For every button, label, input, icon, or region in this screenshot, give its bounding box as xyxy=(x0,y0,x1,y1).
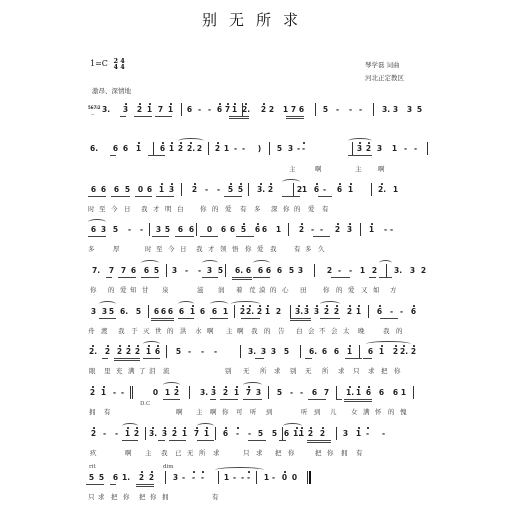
lyric-char: 我 xyxy=(196,244,203,253)
slur-tie xyxy=(143,341,160,347)
underline-beam xyxy=(290,318,311,319)
barline xyxy=(181,103,182,116)
note: 5 xyxy=(175,348,182,356)
note: 5 xyxy=(283,348,290,356)
note: 5 xyxy=(276,389,283,397)
note: 7 xyxy=(224,106,231,114)
slur-tie xyxy=(99,301,116,307)
note: 1 xyxy=(298,430,305,438)
lyric-char: 求 xyxy=(338,366,345,375)
underline-beam xyxy=(106,277,112,278)
barline xyxy=(427,142,428,155)
note: 6 xyxy=(321,348,328,356)
underline-beam xyxy=(307,440,331,441)
underline-beam xyxy=(290,320,311,321)
note: - xyxy=(190,474,197,482)
note: 3 xyxy=(155,226,162,234)
lyric-char: 到 xyxy=(314,407,321,416)
lyric-char: 可 xyxy=(236,407,243,416)
underline-beam xyxy=(229,118,249,119)
underline-beam xyxy=(255,358,264,359)
note: 5 xyxy=(322,106,329,114)
lyric-char: 的 xyxy=(270,285,277,294)
underline-beam xyxy=(345,358,362,359)
lyric-char: 拥 xyxy=(89,407,96,416)
barline xyxy=(225,264,226,277)
note: 2 xyxy=(133,430,140,438)
lyric-char: 所 xyxy=(260,366,267,375)
lyric-char: 有 xyxy=(322,204,329,213)
lyric-char: 儿 xyxy=(330,407,337,416)
note: 7 xyxy=(290,106,297,114)
underline-beam xyxy=(114,360,140,361)
note: 2. xyxy=(242,106,249,114)
lyric-char: 知 xyxy=(130,285,137,294)
lyric-char: 的 xyxy=(212,204,219,213)
slur-tie xyxy=(320,301,340,307)
note: 5 xyxy=(153,267,160,275)
note: 2 xyxy=(214,145,221,153)
lyric-char: 滋 xyxy=(197,285,204,294)
underline-beam xyxy=(305,358,312,359)
note: 6 xyxy=(257,267,264,275)
lyric-char: 我 xyxy=(118,326,125,335)
lyric-char: 田 xyxy=(300,285,307,294)
note: 1 xyxy=(378,348,385,356)
lyric-char: 悟 xyxy=(232,244,239,253)
note: - xyxy=(119,389,126,397)
underline-beam xyxy=(175,236,194,237)
barline xyxy=(248,183,249,196)
note: 3 xyxy=(406,106,413,114)
underline-beam xyxy=(229,116,249,117)
lyric-char: 啊 xyxy=(207,326,214,335)
lyric-char: 流 xyxy=(163,366,170,375)
note: 7 xyxy=(120,267,127,275)
note: 6 xyxy=(298,106,305,114)
note: 6 xyxy=(146,186,153,194)
note: 3. xyxy=(248,348,255,356)
note: 2 xyxy=(125,348,132,356)
lyric-char: 泪 xyxy=(149,366,156,375)
note: - xyxy=(199,474,206,482)
note: 2 xyxy=(326,267,333,275)
note: 3 xyxy=(287,145,294,153)
note: 0 xyxy=(152,389,159,397)
underline-beam xyxy=(110,484,116,485)
note: 6. xyxy=(309,348,316,356)
slur-tie xyxy=(210,301,228,307)
note: 1 xyxy=(100,389,107,397)
lyric-char: 至 xyxy=(99,204,106,213)
underline-beam xyxy=(122,440,138,441)
note: 6 xyxy=(178,308,185,316)
barline xyxy=(189,386,190,399)
lyric-char: 你 xyxy=(283,204,290,213)
note: 7 xyxy=(193,430,200,438)
note: 1 xyxy=(355,389,362,397)
note: 2 xyxy=(346,308,353,316)
note: - xyxy=(300,145,307,153)
note: - xyxy=(245,474,252,482)
lyric-char: 你 xyxy=(123,492,130,501)
note: 6 xyxy=(376,308,383,316)
underline-beam xyxy=(155,116,172,117)
lyric-char: 你 xyxy=(288,448,295,457)
note: 5 xyxy=(164,226,171,234)
note: 1 xyxy=(391,145,398,153)
lyric-char: 领 xyxy=(220,244,227,253)
lyric-char: 白 xyxy=(177,204,184,213)
note: - xyxy=(402,145,409,153)
underline-beam xyxy=(220,399,238,400)
note: 5 xyxy=(108,308,115,316)
lyric-char: 听 xyxy=(301,407,308,416)
slur-tie xyxy=(202,260,218,266)
note: 6 xyxy=(333,348,340,356)
note: 1. xyxy=(122,474,129,482)
slur-tie xyxy=(163,382,180,388)
lyric-char: 啊 xyxy=(315,164,322,173)
lyric-char: 才 xyxy=(208,244,215,253)
note: 5 xyxy=(276,145,283,153)
note: 2. xyxy=(378,186,385,194)
lyric-char: 求 xyxy=(256,448,263,457)
note: 1 xyxy=(189,308,196,316)
lyric-char: 无 xyxy=(305,366,312,375)
lyric-char: 把 xyxy=(111,492,118,501)
note: 6 xyxy=(159,145,166,153)
underline-beam xyxy=(279,440,286,441)
note: 3 xyxy=(172,474,179,482)
barline xyxy=(148,305,149,318)
note: 2 xyxy=(90,430,97,438)
note: 1 xyxy=(145,348,152,356)
underline-beam xyxy=(313,236,330,237)
note: 5 xyxy=(240,226,247,234)
note: 3. xyxy=(200,389,207,397)
underline-beam xyxy=(380,318,398,319)
lyric-char: 已 xyxy=(175,448,182,457)
note: 1 xyxy=(400,389,407,397)
note: 6 xyxy=(365,389,372,397)
note: - xyxy=(398,308,405,316)
note: 5 xyxy=(257,430,264,438)
note: 5 xyxy=(227,186,234,194)
barline xyxy=(290,305,291,318)
slur-tie xyxy=(197,423,214,429)
note: 2 xyxy=(222,389,229,397)
lyric-char: 才 xyxy=(153,204,160,213)
lyric-char: 你 xyxy=(327,448,334,457)
barline xyxy=(149,223,150,236)
note: - xyxy=(298,389,305,397)
note: 6 xyxy=(336,186,343,194)
note: - xyxy=(180,474,187,482)
barline xyxy=(373,103,374,116)
underline-beam xyxy=(118,277,136,278)
note: 3 xyxy=(255,389,262,397)
underline-beam xyxy=(336,399,342,400)
underline-beam xyxy=(134,116,152,117)
note: 5 xyxy=(124,186,131,194)
lyric-char: 久 xyxy=(318,244,325,253)
note: 6 xyxy=(378,389,385,397)
lyric-char: 今 xyxy=(111,204,118,213)
note: 2 xyxy=(371,267,378,275)
lyric-char: 主 xyxy=(196,407,203,416)
lyric-char: 求 xyxy=(98,492,105,501)
note: - xyxy=(113,430,120,438)
underline-beam xyxy=(318,196,332,197)
barline xyxy=(360,223,361,236)
underline-beam xyxy=(202,277,218,278)
lyric-char: 怀 xyxy=(375,407,382,416)
note: 2. xyxy=(89,348,96,356)
note: - xyxy=(196,267,203,275)
lyric-char: 求 xyxy=(368,366,375,375)
lyric-char: 拥 xyxy=(162,492,169,501)
lyric-char: 啊 xyxy=(378,164,385,173)
lyric-char: 愧 xyxy=(400,407,407,416)
lyric-char: 求 xyxy=(213,448,220,457)
note: 2. xyxy=(187,145,194,153)
lyric-char: 多 xyxy=(88,244,95,253)
lyric-char: 的 xyxy=(108,285,115,294)
note: 7 xyxy=(157,106,164,114)
note: 2 xyxy=(134,348,141,356)
note: 1 xyxy=(392,186,399,194)
lyric-char: 里 xyxy=(104,366,111,375)
lyric-char: 着 xyxy=(236,285,243,294)
underline-beam xyxy=(241,318,260,319)
note: 2 xyxy=(256,308,263,316)
lyric-char: 主 xyxy=(355,164,362,173)
note: 1 xyxy=(233,389,240,397)
note: 2 xyxy=(323,308,330,316)
barline xyxy=(269,142,270,155)
barline xyxy=(196,223,197,236)
note: 6 xyxy=(130,267,137,275)
note: 2 xyxy=(334,226,341,234)
note: 3 xyxy=(171,267,178,275)
underline-beam xyxy=(152,236,169,237)
lyric-char: 我 xyxy=(270,244,277,253)
barline xyxy=(359,345,360,358)
note: 2 xyxy=(191,186,198,194)
lyric-char: 你 xyxy=(394,366,401,375)
note: 1 xyxy=(347,186,354,194)
note: - xyxy=(347,267,354,275)
note: - xyxy=(412,145,419,153)
underline-beam xyxy=(156,196,174,197)
underline-beam xyxy=(136,484,154,485)
lyric-char: 拥 xyxy=(341,448,348,457)
lyric-char: 满 xyxy=(128,366,135,375)
note: - xyxy=(388,226,395,234)
note: - xyxy=(334,106,341,114)
lyric-char: 我 xyxy=(251,326,258,335)
lyric-char: 日 xyxy=(180,244,187,253)
lyric-char: 泉 xyxy=(162,285,169,294)
note: 6 xyxy=(311,389,318,397)
barline xyxy=(181,183,182,196)
note: 3. xyxy=(257,186,264,194)
note: 3 xyxy=(392,106,399,114)
barline xyxy=(413,386,414,399)
lyric-char: 爱 xyxy=(308,204,315,213)
note: 6. xyxy=(120,308,127,316)
note: 3 xyxy=(313,308,320,316)
note: 7 xyxy=(245,389,252,397)
note: 2 xyxy=(420,267,427,275)
underline-beam xyxy=(369,277,376,278)
note: 3 xyxy=(270,348,277,356)
barline xyxy=(145,427,146,440)
lyric-char: 不 xyxy=(319,326,326,335)
note: - xyxy=(364,430,371,438)
grace-tail: ~ xyxy=(91,112,94,117)
lyric-char: 又 xyxy=(361,285,368,294)
slur-tie xyxy=(231,301,260,307)
underline-beam xyxy=(348,155,372,156)
note: 2 xyxy=(148,474,155,482)
slur-tie xyxy=(178,138,204,144)
note: 5 xyxy=(237,186,244,194)
note: - xyxy=(138,226,145,234)
note: - xyxy=(309,226,316,234)
lyric-char: 疚 xyxy=(90,448,97,457)
dc-mark: D.C xyxy=(140,401,150,407)
underline-beam xyxy=(331,277,350,278)
underline-beam xyxy=(197,440,214,441)
note: 5 xyxy=(271,430,278,438)
lyric-char: 到 xyxy=(266,407,273,416)
note: 3 xyxy=(101,308,108,316)
underline-beam xyxy=(111,196,130,197)
slur-tie xyxy=(282,179,300,185)
underline-beam xyxy=(178,318,194,319)
lyric-char: 的 xyxy=(294,204,301,213)
note: 2 xyxy=(267,186,274,194)
underline-beam xyxy=(158,440,165,441)
note: 6 xyxy=(113,186,120,194)
lyric-char: 充 xyxy=(116,366,123,375)
note: - xyxy=(203,186,210,194)
underline-beam xyxy=(86,484,104,485)
lyric-char: 把 xyxy=(381,366,388,375)
underline-beam xyxy=(148,155,165,156)
note: 6 xyxy=(245,267,252,275)
slur-tie xyxy=(88,219,106,225)
note: 6. xyxy=(90,145,97,153)
underline-beam xyxy=(248,440,266,441)
lyric-char: 多 xyxy=(305,244,312,253)
barline xyxy=(371,183,372,196)
note: - xyxy=(199,348,206,356)
expression-mark: 激昂、深情地 xyxy=(92,86,131,95)
note: 6 xyxy=(367,348,374,356)
note: 6 xyxy=(220,226,227,234)
note: - xyxy=(388,308,395,316)
barline xyxy=(336,427,337,440)
note: 6 xyxy=(160,308,167,316)
lyric-char: 的 xyxy=(336,285,343,294)
note: 6 xyxy=(90,186,97,194)
note: 6 xyxy=(222,430,229,438)
slur-tie xyxy=(283,423,302,429)
lyric-char: 主 xyxy=(226,326,233,335)
note: 6 xyxy=(112,145,119,153)
note: 3 xyxy=(90,308,97,316)
note: 2 xyxy=(171,430,178,438)
note: 1 xyxy=(167,106,174,114)
note: 3 xyxy=(409,267,416,275)
note: 0 xyxy=(206,226,213,234)
note: - xyxy=(183,267,190,275)
note: - xyxy=(232,145,239,153)
lyric-char: 别 xyxy=(290,366,297,375)
note: 5 xyxy=(112,226,119,234)
score-title: 别无所求 xyxy=(0,9,512,30)
underline-beam xyxy=(102,358,108,359)
note: 6 xyxy=(100,186,107,194)
grace-notes: 567i2 xyxy=(88,105,101,110)
underline-beam xyxy=(135,196,152,197)
lyric-char: 啊 xyxy=(210,407,217,416)
underline-beam xyxy=(200,236,218,237)
lyric-char: 只 xyxy=(88,492,95,501)
note: 2 xyxy=(89,389,96,397)
note: 6 xyxy=(90,226,97,234)
note: 1 xyxy=(368,226,375,234)
note: 1 xyxy=(158,186,165,194)
note: - xyxy=(186,348,193,356)
lyric-char: 厚 xyxy=(113,244,120,253)
note: 6 xyxy=(154,348,161,356)
note: 3 xyxy=(168,186,175,194)
lyric-char: 只 xyxy=(243,448,250,457)
lyric-char: 至 xyxy=(156,244,163,253)
lyric-char: 有 xyxy=(104,407,111,416)
note: - xyxy=(111,389,118,397)
note: - xyxy=(380,430,387,438)
barline xyxy=(208,142,209,155)
note: - xyxy=(357,106,364,114)
note: - xyxy=(288,389,295,397)
note: - xyxy=(347,106,354,114)
note: 1. xyxy=(346,389,353,397)
note: 3 xyxy=(346,226,353,234)
lyric-char: 所 xyxy=(199,448,206,457)
note: 3 xyxy=(122,106,129,114)
note: 1 xyxy=(223,145,230,153)
lyric-char: 我 xyxy=(161,448,168,457)
lyric-char: 爱 xyxy=(257,244,264,253)
underline-beam xyxy=(169,440,186,441)
lyric-char: 水 xyxy=(195,326,202,335)
slur-tie xyxy=(379,260,392,266)
barline xyxy=(300,345,301,358)
double-barline xyxy=(130,386,131,399)
note: 3. xyxy=(382,106,389,114)
slur-tie xyxy=(178,301,194,307)
lyric-char: 啊 xyxy=(125,448,132,457)
note: - xyxy=(270,474,277,482)
lyric-char: 无 xyxy=(187,448,194,457)
final-barline xyxy=(307,471,308,484)
lyric-char: 的 xyxy=(264,326,271,335)
